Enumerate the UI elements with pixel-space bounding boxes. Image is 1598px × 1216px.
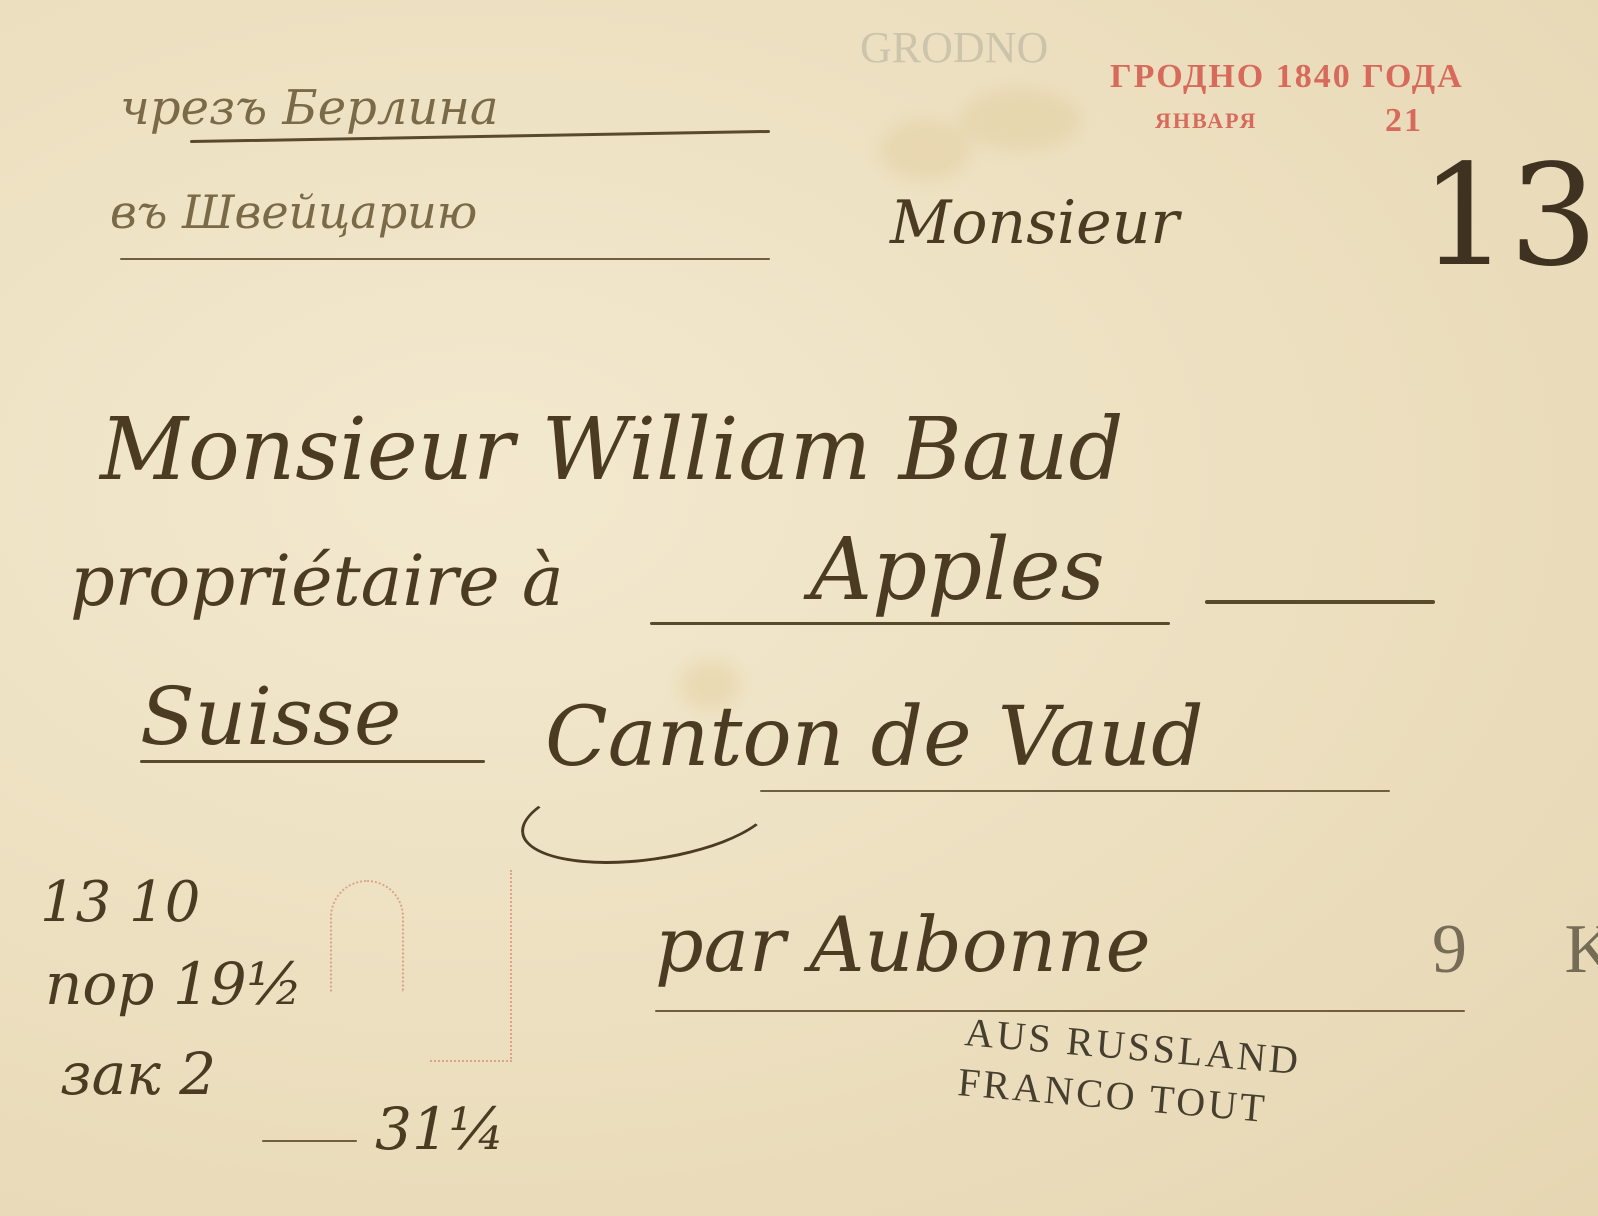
- address-country: Suisse: [140, 670, 401, 763]
- red-postmark-month: ЯНВАРЯ: [1155, 108, 1257, 134]
- red-postmark-line1: ГРОДНО 1840 ГОДА: [1110, 58, 1464, 96]
- red-crayon-2: [330, 880, 404, 992]
- canton-underline: [760, 790, 1390, 792]
- address-line-4: par Aubonne: [655, 900, 1151, 989]
- salutation-top: Monsieur: [890, 188, 1179, 258]
- red-crayon-4: [430, 870, 512, 1062]
- routing-underline-2: [120, 258, 770, 260]
- country-underline: [140, 760, 485, 763]
- address-line-1: Monsieur William Baud: [100, 400, 1124, 500]
- line-4-underline: [655, 1010, 1465, 1012]
- accounting-arrow: [262, 1140, 357, 1142]
- address-line-2-place: Apples: [810, 520, 1105, 620]
- accounting-line-2: пор 19½: [45, 950, 303, 1018]
- paper-stain: [880, 120, 970, 180]
- right-edge-marks: 9 K: [1432, 910, 1598, 990]
- place-dash: [1205, 600, 1435, 604]
- routing-line-1: чрезъ Берлина: [120, 80, 499, 136]
- paper-stain: [960, 90, 1080, 150]
- accounting-total: 31¼: [375, 1095, 505, 1163]
- place-underline: [650, 622, 1170, 625]
- rate-marking: 13: [1420, 135, 1598, 298]
- routing-line-2: въ Швейцарию: [110, 185, 477, 239]
- accounting-line-3: зак 2: [60, 1040, 216, 1108]
- red-postmark-day: 21: [1385, 102, 1423, 140]
- accounting-line-1: 13 10: [40, 870, 200, 935]
- address-line-2-prefix: propriétaire à: [70, 540, 564, 622]
- faint-postmark: GRODNO: [860, 22, 1048, 73]
- postal-cover: GRODNO ГРОДНО 1840 ГОДА ЯНВАРЯ 21 чрезъ …: [0, 0, 1598, 1216]
